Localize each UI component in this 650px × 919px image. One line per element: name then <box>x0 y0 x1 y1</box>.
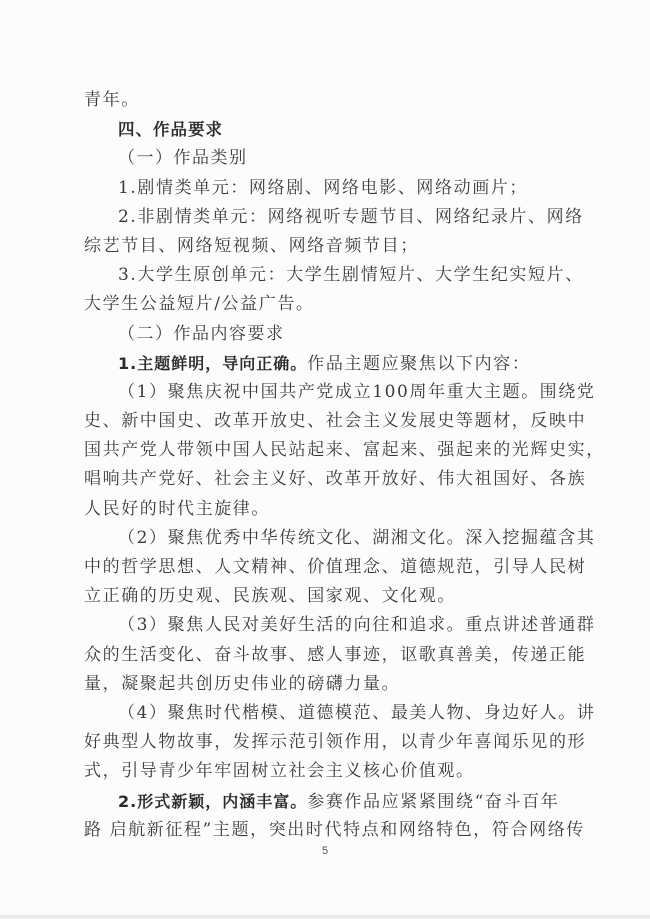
requirement-1: 1.主题鲜明，导向正确。作品主题应聚焦以下内容： <box>84 349 568 378</box>
paragraph-line: 量，凝聚起共创历史伟业的磅礴力量。 <box>84 670 568 699</box>
category-item-2-cont: 综艺节目、网络短视频、网络音频节目； <box>84 232 568 261</box>
paragraph-line: 中的哲学思想、人文精神、价值理念、道德规范，引导人民树 <box>84 553 568 582</box>
requirement-2: 2.形式新颖，内涵丰富。参赛作品应紧紧围绕“奋斗百年 <box>84 787 568 816</box>
paragraph-line: 路 启航新征程”主题，突出时代特点和网络特色，符合网络传 <box>84 816 568 845</box>
page-number: 5 <box>0 845 650 857</box>
paragraph-line: 史、新中国史、改革开放史、社会主义发展史等题材，反映中 <box>84 407 568 436</box>
document-body: 青年。 四、作品要求 （一）作品类别 1.剧情类单元：网络剧、网络电影、网络动画… <box>84 86 568 845</box>
theme-item-3: （3）聚焦人民对美好生活的向往和追求。重点讲述普通群 <box>84 611 568 640</box>
theme-item-1: （1）聚焦庆祝中国共产党成立100周年重大主题。围绕党 <box>84 378 568 407</box>
paragraph-line: 国共产党人带领中国人民站起来、富起来、强起来的光辉史实， <box>84 436 568 465</box>
paragraph-line: 众的生活变化、奋斗故事、感人事迹，讴歌真善美，传递正能 <box>84 641 568 670</box>
requirement-2-text: 参赛作品应紧紧围绕“奋斗百年 <box>307 792 559 812</box>
section-heading: 四、作品要求 <box>84 115 568 144</box>
requirement-1-text: 作品主题应聚焦以下内容： <box>307 354 530 374</box>
subsection-heading: （二）作品内容要求 <box>84 320 568 349</box>
paragraph-line: 唱响共产党好、社会主义好、改革开放好、伟大祖国好、各族 <box>84 465 568 494</box>
requirement-1-title: 1.主题鲜明，导向正确。 <box>118 354 307 373</box>
paragraph-line: 立正确的历史观、民族观、国家观、文化观。 <box>84 582 568 611</box>
paragraph-line: 人民好的时代主旋律。 <box>84 495 568 524</box>
category-item-3: 3.大学生原创单元：大学生剧情短片、大学生纪实短片、 <box>84 261 568 290</box>
requirement-2-title: 2.形式新颖，内涵丰富。 <box>118 792 307 811</box>
page-bottom-edge <box>0 915 650 919</box>
category-item-1: 1.剧情类单元：网络剧、网络电影、网络动画片； <box>84 174 568 203</box>
paragraph-line: 式，引导青少年牢固树立社会主义核心价值观。 <box>84 757 568 786</box>
paragraph-line: 青年。 <box>84 86 568 115</box>
theme-item-4: （4）聚焦时代楷模、道德模范、最美人物、身边好人。讲 <box>84 699 568 728</box>
subsection-heading: （一）作品类别 <box>84 144 568 173</box>
category-item-2: 2.非剧情类单元：网络视听专题节目、网络纪录片、网络 <box>84 203 568 232</box>
document-page: 青年。 四、作品要求 （一）作品类别 1.剧情类单元：网络剧、网络电影、网络动画… <box>0 0 650 916</box>
paragraph-line: 好典型人物故事，发挥示范引领作用，以青少年喜闻乐见的形 <box>84 728 568 757</box>
theme-item-2: （2）聚焦优秀中华传统文化、湖湘文化。深入挖掘蕴含其 <box>84 524 568 553</box>
category-item-3-cont: 大学生公益短片/公益广告。 <box>84 290 568 319</box>
